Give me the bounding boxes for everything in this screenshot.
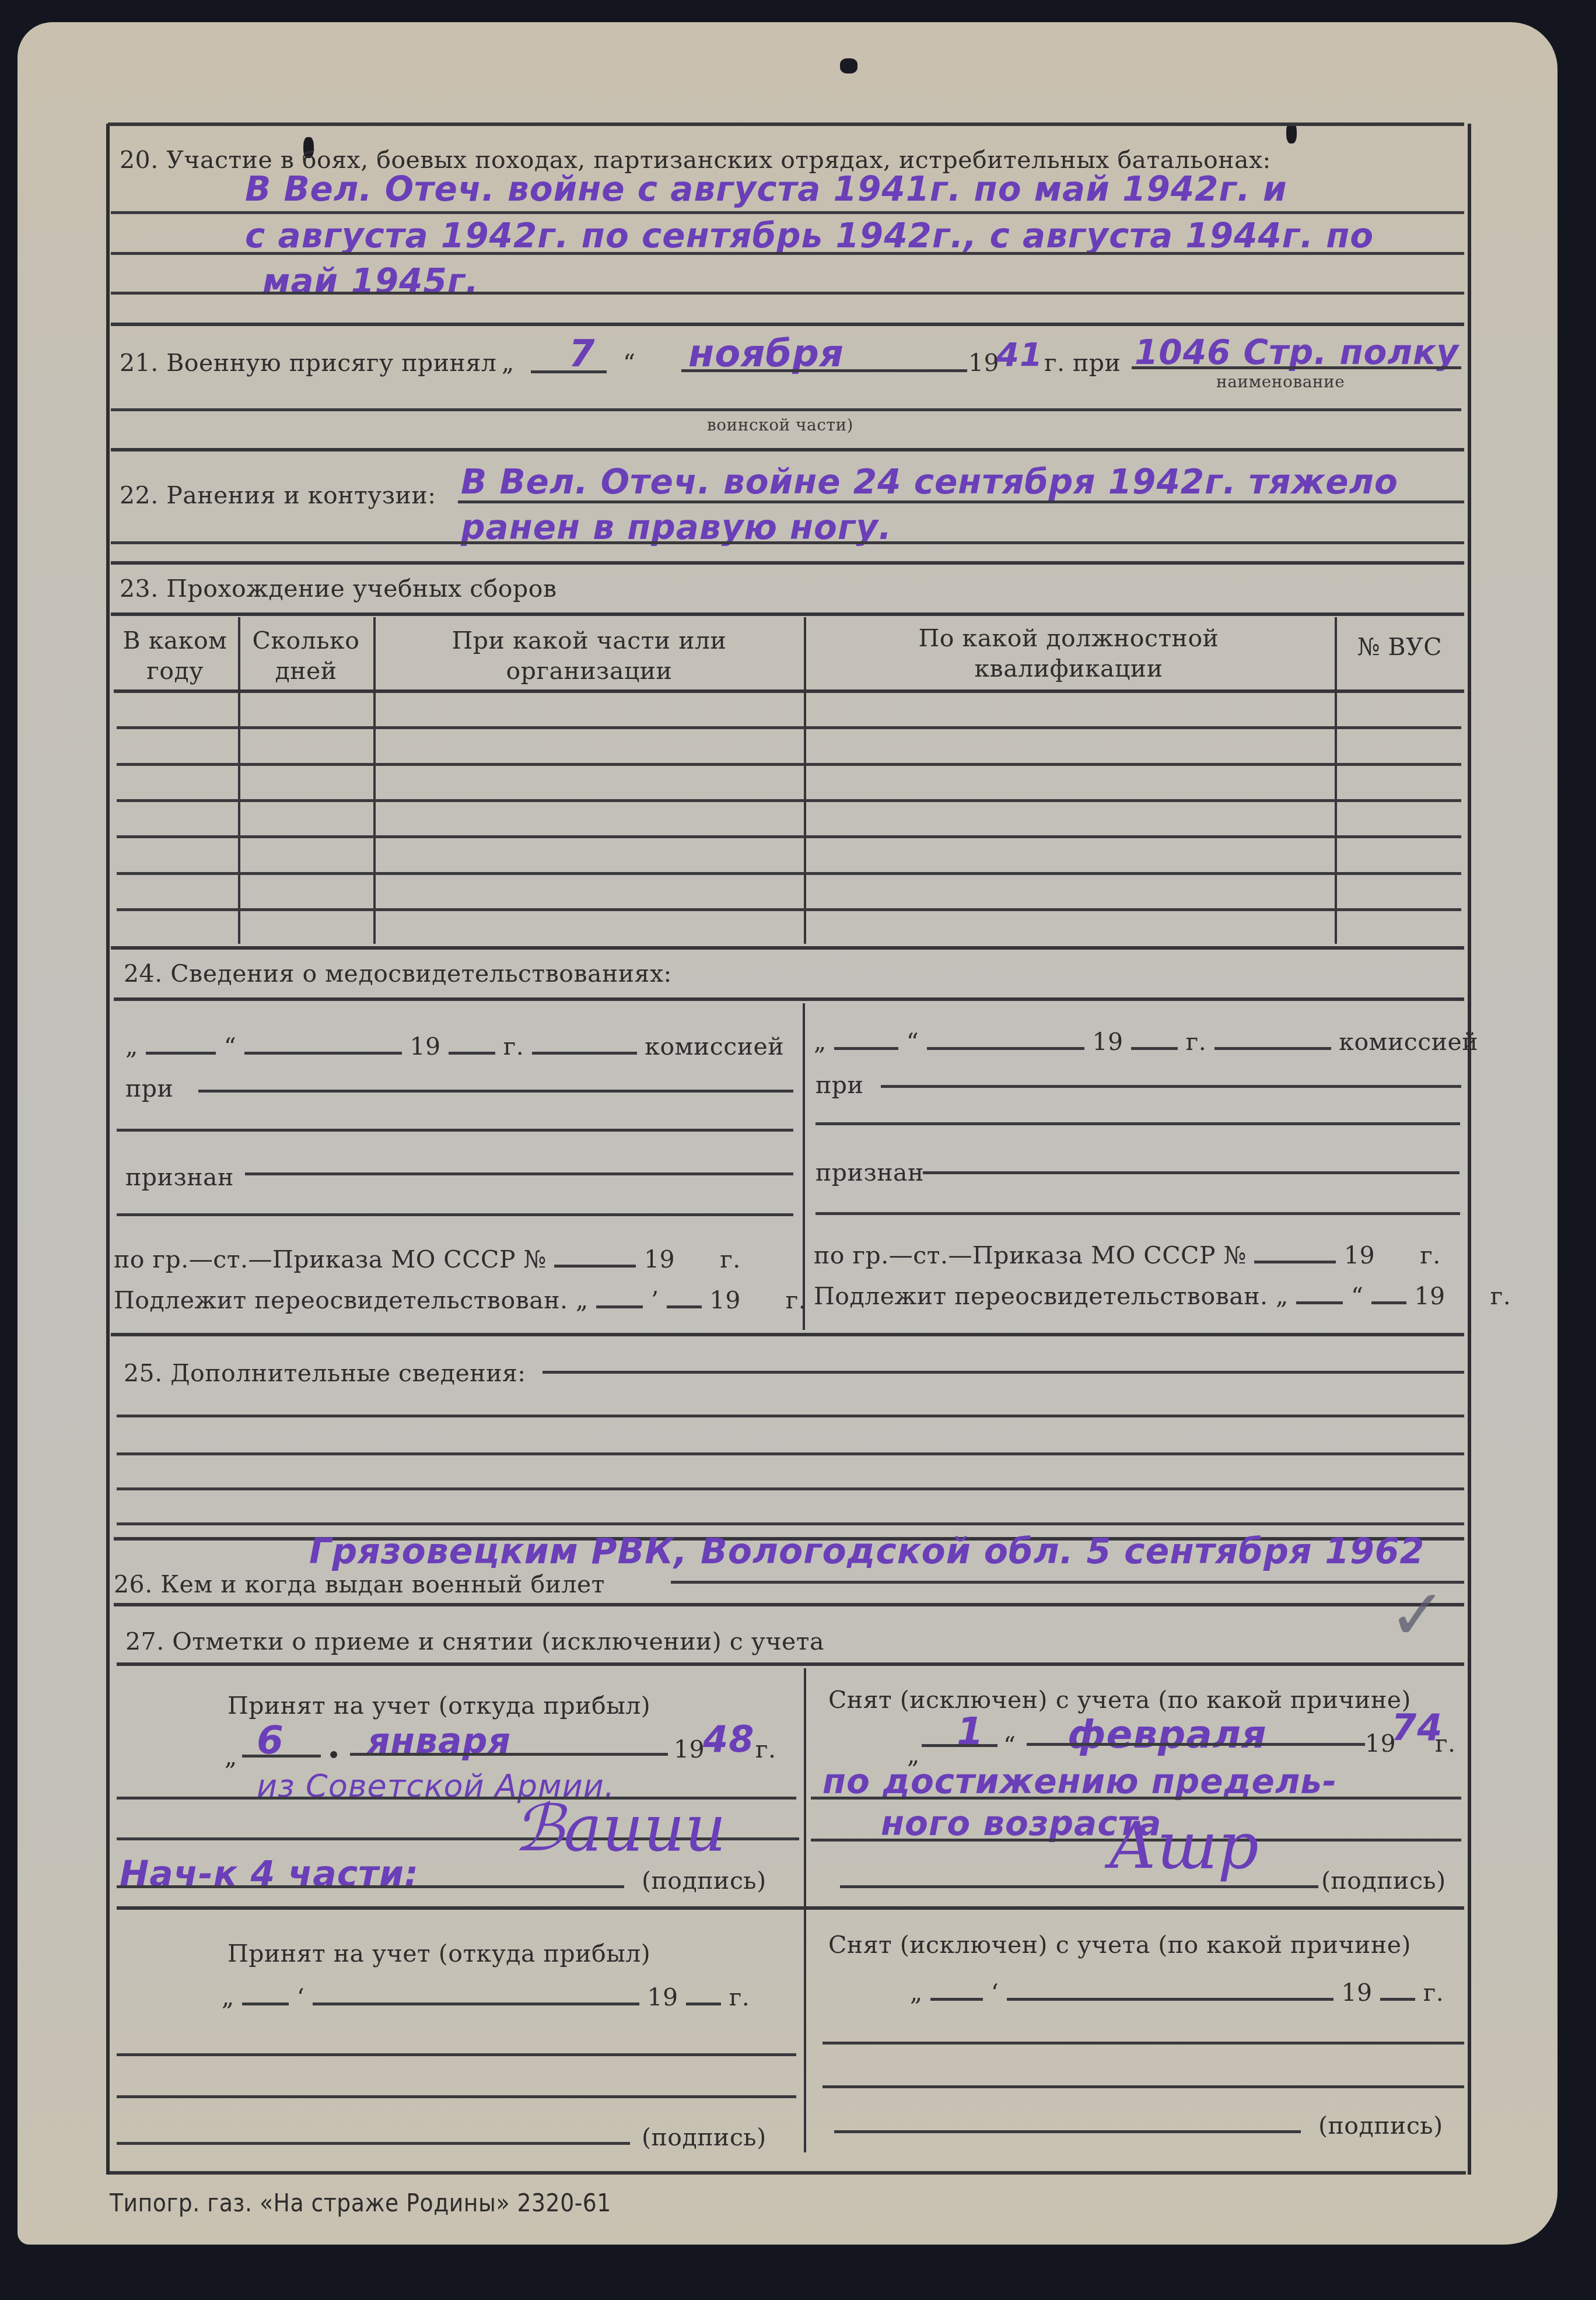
writing-line bbox=[815, 1122, 1460, 1125]
writing-line bbox=[117, 1129, 793, 1132]
pencil-check-mark: ✓ bbox=[1388, 1575, 1447, 1656]
oath-day: 7 bbox=[569, 332, 596, 376]
removed-title-1: Снят (исключен) с учета (по какой причин… bbox=[828, 1686, 1411, 1714]
writing-line bbox=[111, 211, 1464, 214]
writing-line bbox=[198, 1090, 793, 1093]
writing-line bbox=[822, 2042, 1464, 2045]
accepted-year-prefix-1: 19 bbox=[674, 1735, 705, 1763]
writing-line bbox=[822, 2085, 1464, 2088]
table-bottom-border bbox=[111, 946, 1464, 950]
divider bbox=[111, 448, 1464, 451]
quote-close: “ bbox=[623, 349, 635, 377]
writing-line bbox=[923, 1171, 1459, 1174]
divider bbox=[111, 323, 1464, 326]
removed-date-close-1: “ bbox=[1003, 1731, 1016, 1759]
signature-accepted-1: ℬauuu bbox=[513, 1791, 726, 1865]
quote-open: „ bbox=[502, 349, 514, 377]
divider bbox=[108, 122, 1464, 126]
writing-line bbox=[542, 1371, 1464, 1374]
writing-line bbox=[245, 1172, 793, 1175]
oath-year-prefix: 19 bbox=[968, 349, 999, 377]
med-article-left: по гр.—ст.—Приказа МО СССР № 19 г. bbox=[114, 1245, 741, 1273]
writing-line bbox=[117, 2095, 796, 2098]
section-25-label: 25. Дополнительные сведения: bbox=[124, 1359, 526, 1387]
section-22-entry-line-1: В Вел. Отеч. войне 24 сентября 1942г. тя… bbox=[461, 462, 1398, 502]
writing-line bbox=[815, 1212, 1460, 1215]
writing-line bbox=[811, 1797, 1461, 1800]
section-23-label: 23. Прохождение учебных сборов bbox=[120, 575, 557, 603]
section-27-label: 27. Отметки о приеме и снятии (исключени… bbox=[125, 1627, 824, 1655]
divider bbox=[111, 561, 1464, 565]
col-header-vus: № ВУС bbox=[1337, 633, 1462, 661]
writing-line bbox=[117, 1415, 1464, 1417]
med-date-left: „ “ 19 г. комиссией bbox=[125, 1032, 784, 1060]
divider bbox=[117, 1662, 1464, 1666]
removed-date-2: „ ‘ 19 г. bbox=[910, 1979, 1444, 2007]
removed-title-2: Снят (исключен) с учета (по какой причин… bbox=[828, 1931, 1411, 1959]
oath-year-suffix: 41 bbox=[996, 336, 1043, 374]
med-date-right: „ “ 19 г. комиссией bbox=[814, 1028, 1478, 1056]
table-row-line bbox=[117, 908, 1461, 911]
col-header-days: Сколько дней bbox=[240, 625, 372, 686]
printer-imprint: Типогр. газ. «На страже Родины» 2320-61 bbox=[110, 2189, 611, 2217]
accepted-signer-1: Нач-к 4 части: bbox=[120, 1854, 419, 1895]
writing-line bbox=[840, 1885, 1318, 1888]
removed-reason-line-1: по достижению предель- bbox=[822, 1762, 1337, 1801]
column-divider bbox=[803, 1003, 805, 1330]
writing-line bbox=[350, 1753, 668, 1756]
accepted-g-1: г. bbox=[755, 1735, 776, 1763]
section-20-entry-line-2: с августа 1942г. по сентябрь 1942г., с а… bbox=[245, 216, 1374, 255]
section-26-label: 26. Кем и когда выдан военный билет bbox=[114, 1570, 605, 1598]
section-20-entry-line-3: май 1945г. bbox=[262, 261, 479, 301]
accepted-date-open-1: „ bbox=[225, 1743, 237, 1771]
writing-line bbox=[117, 1487, 1464, 1490]
med-priznan-left: признан bbox=[125, 1163, 234, 1191]
table-col-divider bbox=[373, 617, 376, 944]
table-header-border bbox=[114, 689, 1464, 693]
column-divider bbox=[804, 1668, 806, 2152]
accepted-title-1: Принят на учет (откуда прибыл) bbox=[228, 1692, 650, 1720]
punch-hole bbox=[840, 58, 857, 73]
writing-line bbox=[1027, 1743, 1365, 1746]
writing-line bbox=[111, 292, 1464, 295]
writing-line bbox=[117, 2053, 796, 2056]
section-20-entry-line-1: В Вел. Отеч. войне с августа 1941г. по м… bbox=[245, 169, 1287, 209]
med-reexam-right: Подлежит переосвидетельствован. „ “ 19 г… bbox=[814, 1282, 1511, 1310]
removed-month-1: февраля bbox=[1067, 1712, 1267, 1757]
writing-line bbox=[117, 2142, 630, 2145]
writing-line bbox=[111, 252, 1464, 255]
med-priznan-right: признан bbox=[815, 1158, 924, 1186]
table-top-border bbox=[111, 612, 1464, 616]
section-21-label: 21. Военную присягу принял bbox=[120, 349, 496, 377]
writing-line bbox=[671, 1581, 1464, 1584]
frame-bottom-border bbox=[110, 2171, 1466, 2175]
col-header-qualification: По какой должностной квалификации bbox=[806, 623, 1331, 684]
divider bbox=[117, 1906, 1464, 1910]
writing-line bbox=[922, 1744, 998, 1747]
accepted-year-suffix-1: 48 bbox=[703, 1718, 754, 1760]
table-row-line bbox=[117, 835, 1461, 838]
sign-label: (подпись) bbox=[642, 2123, 766, 2151]
section-22-label: 22. Ранения и контузии: bbox=[120, 481, 436, 509]
divider bbox=[114, 1603, 1464, 1606]
writing-line bbox=[117, 1452, 1464, 1455]
oath-year-label: г. при bbox=[1044, 349, 1121, 377]
caption-naimenovanie: наименование bbox=[1216, 372, 1345, 391]
sign-label: (подпись) bbox=[1318, 2112, 1443, 2140]
writing-line bbox=[111, 541, 1464, 544]
accepted-title-2: Принят на учет (откуда прибыл) bbox=[228, 1940, 650, 1968]
med-reexam-left: Подлежит переосвидетельствован. „ ’ 19 г… bbox=[114, 1286, 806, 1314]
med-pri-right: при bbox=[815, 1071, 863, 1099]
col-header-year: В каком году bbox=[114, 625, 236, 686]
table-col-divider bbox=[1335, 617, 1337, 944]
writing-line bbox=[834, 2130, 1301, 2133]
writing-line bbox=[117, 1213, 793, 1216]
table-row-line bbox=[117, 872, 1461, 875]
writing-line bbox=[117, 1522, 1464, 1525]
removed-g-1: г. bbox=[1435, 1730, 1456, 1758]
sign-label: (подпись) bbox=[642, 1867, 766, 1895]
divider bbox=[111, 1333, 1464, 1336]
id-issued-by: Грязовецким РВК, Вологодской обл. 5 сент… bbox=[309, 1531, 1424, 1572]
writing-line bbox=[681, 369, 967, 372]
table-row-line bbox=[117, 726, 1461, 729]
med-pri-left: при bbox=[125, 1074, 173, 1102]
writing-line bbox=[1132, 366, 1461, 369]
col-header-unit: При какой части или организации bbox=[376, 625, 802, 686]
writing-line bbox=[242, 1755, 321, 1758]
writing-line bbox=[117, 1885, 624, 1888]
writing-line bbox=[881, 1085, 1461, 1088]
med-article-right: по гр.—ст.—Приказа МО СССР № 19 г. bbox=[814, 1241, 1441, 1269]
signature-removed-1: Ашр bbox=[1108, 1808, 1259, 1883]
section-24-label: 24. Сведения о медосвидетельствованиях: bbox=[124, 960, 672, 988]
writing-line bbox=[458, 500, 1464, 503]
table-row-line bbox=[117, 763, 1461, 766]
sign-label: (подпись) bbox=[1321, 1867, 1446, 1895]
writing-line bbox=[531, 370, 607, 373]
removed-day-1: 1 bbox=[957, 1709, 984, 1754]
accepted-date-close-1: • bbox=[327, 1741, 341, 1769]
table-row-line bbox=[117, 799, 1461, 802]
divider bbox=[114, 997, 1464, 1001]
writing-line bbox=[111, 408, 1461, 411]
caption-voinskoy-chasti: воинской части) bbox=[707, 415, 853, 435]
accepted-date-2: „ ‘ 19 г. bbox=[222, 1983, 750, 2011]
